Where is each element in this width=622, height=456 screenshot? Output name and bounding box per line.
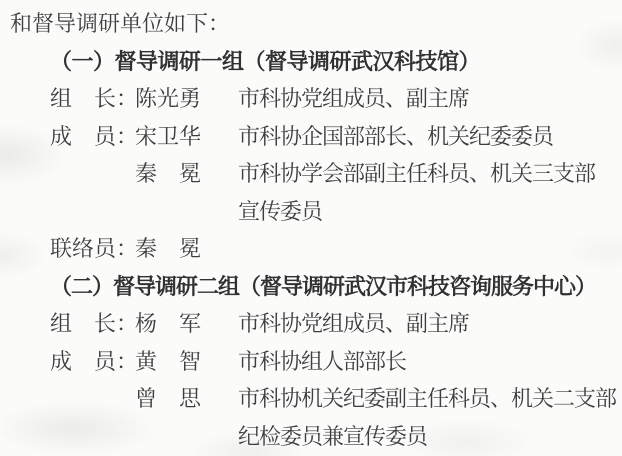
person-name: 曾 思 xyxy=(135,380,238,418)
intro-line: 和督导调研单位如下： xyxy=(0,5,622,43)
role-label: 组 长： xyxy=(50,305,135,343)
group-1-heading: （一）督导调研一组（督导调研武汉科技馆） xyxy=(0,43,622,81)
roster-row: 秦 冕 市科协学会部副主任科员、机关三支部 宣传委员 xyxy=(0,155,622,230)
person-title: 市科协企国部部长、机关纪委委员 xyxy=(238,118,622,156)
role-label: 组 长： xyxy=(50,80,135,118)
roster-row: 组 长： 陈光勇 市科协党组成员、副主席 xyxy=(0,80,622,118)
person-name: 秦 冕 xyxy=(135,155,238,193)
roster-row: 成 员： 黄 智 市科协组人部部长 xyxy=(0,343,622,381)
person-title: 市科协学会部副主任科员、机关三支部 宣传委员 xyxy=(238,155,622,230)
roster-row: 成 员： 宋卫华 市科协企国部部长、机关纪委委员 xyxy=(0,118,622,156)
role-label: 成 员： xyxy=(50,118,135,156)
roster-row: 曾 思 市科协机关纪委副主任科员、机关二支部 纪检委员兼宣传委员 xyxy=(0,380,622,455)
person-title: 市科协组人部部长 xyxy=(238,343,622,381)
person-name: 杨 军 xyxy=(135,305,238,343)
roster-row: 联络员： 秦 冕 xyxy=(0,230,622,268)
document-page: 和督导调研单位如下： （一）督导调研一组（督导调研武汉科技馆） 组 长： 陈光勇… xyxy=(0,0,622,456)
person-title: 市科协机关纪委副主任科员、机关二支部 纪检委员兼宣传委员 xyxy=(238,380,622,455)
person-title: 市科协党组成员、副主席 xyxy=(238,80,622,118)
person-title: 市科协党组成员、副主席 xyxy=(238,305,622,343)
person-name: 宋卫华 xyxy=(135,118,238,156)
person-name: 黄 智 xyxy=(135,343,238,381)
role-label: 联络员： xyxy=(50,230,135,268)
person-name: 陈光勇 xyxy=(135,80,238,118)
roster-row: 组 长： 杨 军 市科协党组成员、副主席 xyxy=(0,305,622,343)
role-label: 成 员： xyxy=(50,343,135,381)
person-name: 秦 冕 xyxy=(135,230,238,268)
group-2-heading: （二）督导调研二组（督导调研武汉市科技咨询服务中心） xyxy=(0,268,622,306)
